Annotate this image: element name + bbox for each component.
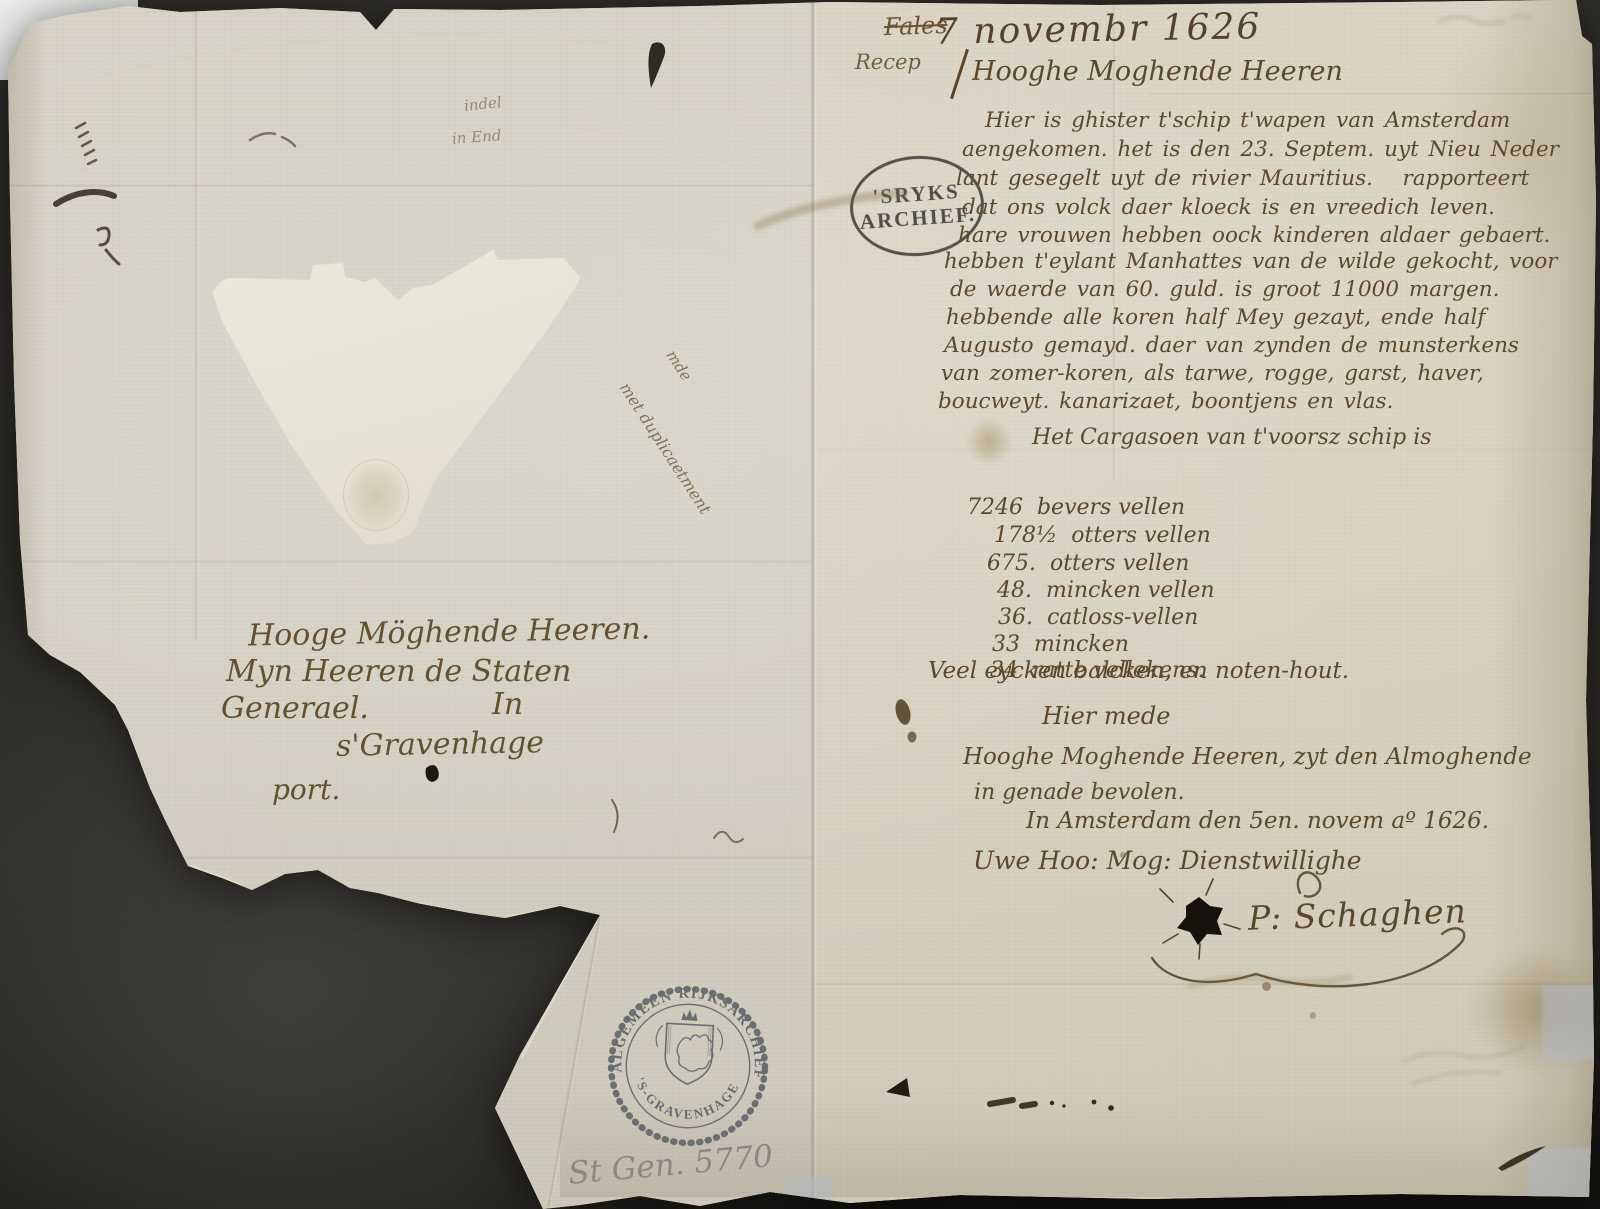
ghost-pencil-top-right xyxy=(1438,16,1532,24)
tick-marks-top-left xyxy=(76,123,96,164)
ink-dashes xyxy=(990,1100,1035,1106)
ink-blot-address xyxy=(426,765,439,782)
ink-dot xyxy=(1050,1101,1054,1105)
ghost-pencil-bottom-right xyxy=(1402,1046,1524,1084)
ink-curl-2 xyxy=(714,832,743,842)
ink-squiggle-left xyxy=(98,228,119,264)
ink-comma-blot xyxy=(648,42,665,88)
ink-dot xyxy=(1062,1104,1065,1107)
ink-blob-1 xyxy=(893,698,913,727)
ink-blob-2 xyxy=(908,732,917,743)
ink-smear-left xyxy=(56,192,114,204)
ink-curl-1 xyxy=(612,800,618,832)
ink-triangle-blob xyxy=(886,1078,910,1097)
paper-hole xyxy=(1177,897,1223,945)
brown-smear-diagonal xyxy=(758,193,903,226)
ghost-ink-showthrough xyxy=(1190,977,1350,986)
ink-ticks-upper xyxy=(250,133,295,146)
ink-marks-overlay xyxy=(0,0,1600,1209)
ink-dot xyxy=(1092,1100,1097,1105)
letter-sheet: 'SRYKS ARCHIEF. ALGEMEEN RIJKSARCHIEF 'S… xyxy=(0,0,1600,1209)
letter-sheet-wrap: 'SRYKS ARCHIEF. ALGEMEEN RIJKSARCHIEF 'S… xyxy=(0,0,1600,1209)
tear-fiber-highlights xyxy=(192,866,598,1057)
ink-dot xyxy=(1108,1105,1114,1111)
document-photo: 'SRYKS ARCHIEF. ALGEMEEN RIJKSARCHIEF 'S… xyxy=(0,0,1600,1209)
ink-slash-bottom-right xyxy=(1498,1146,1546,1171)
